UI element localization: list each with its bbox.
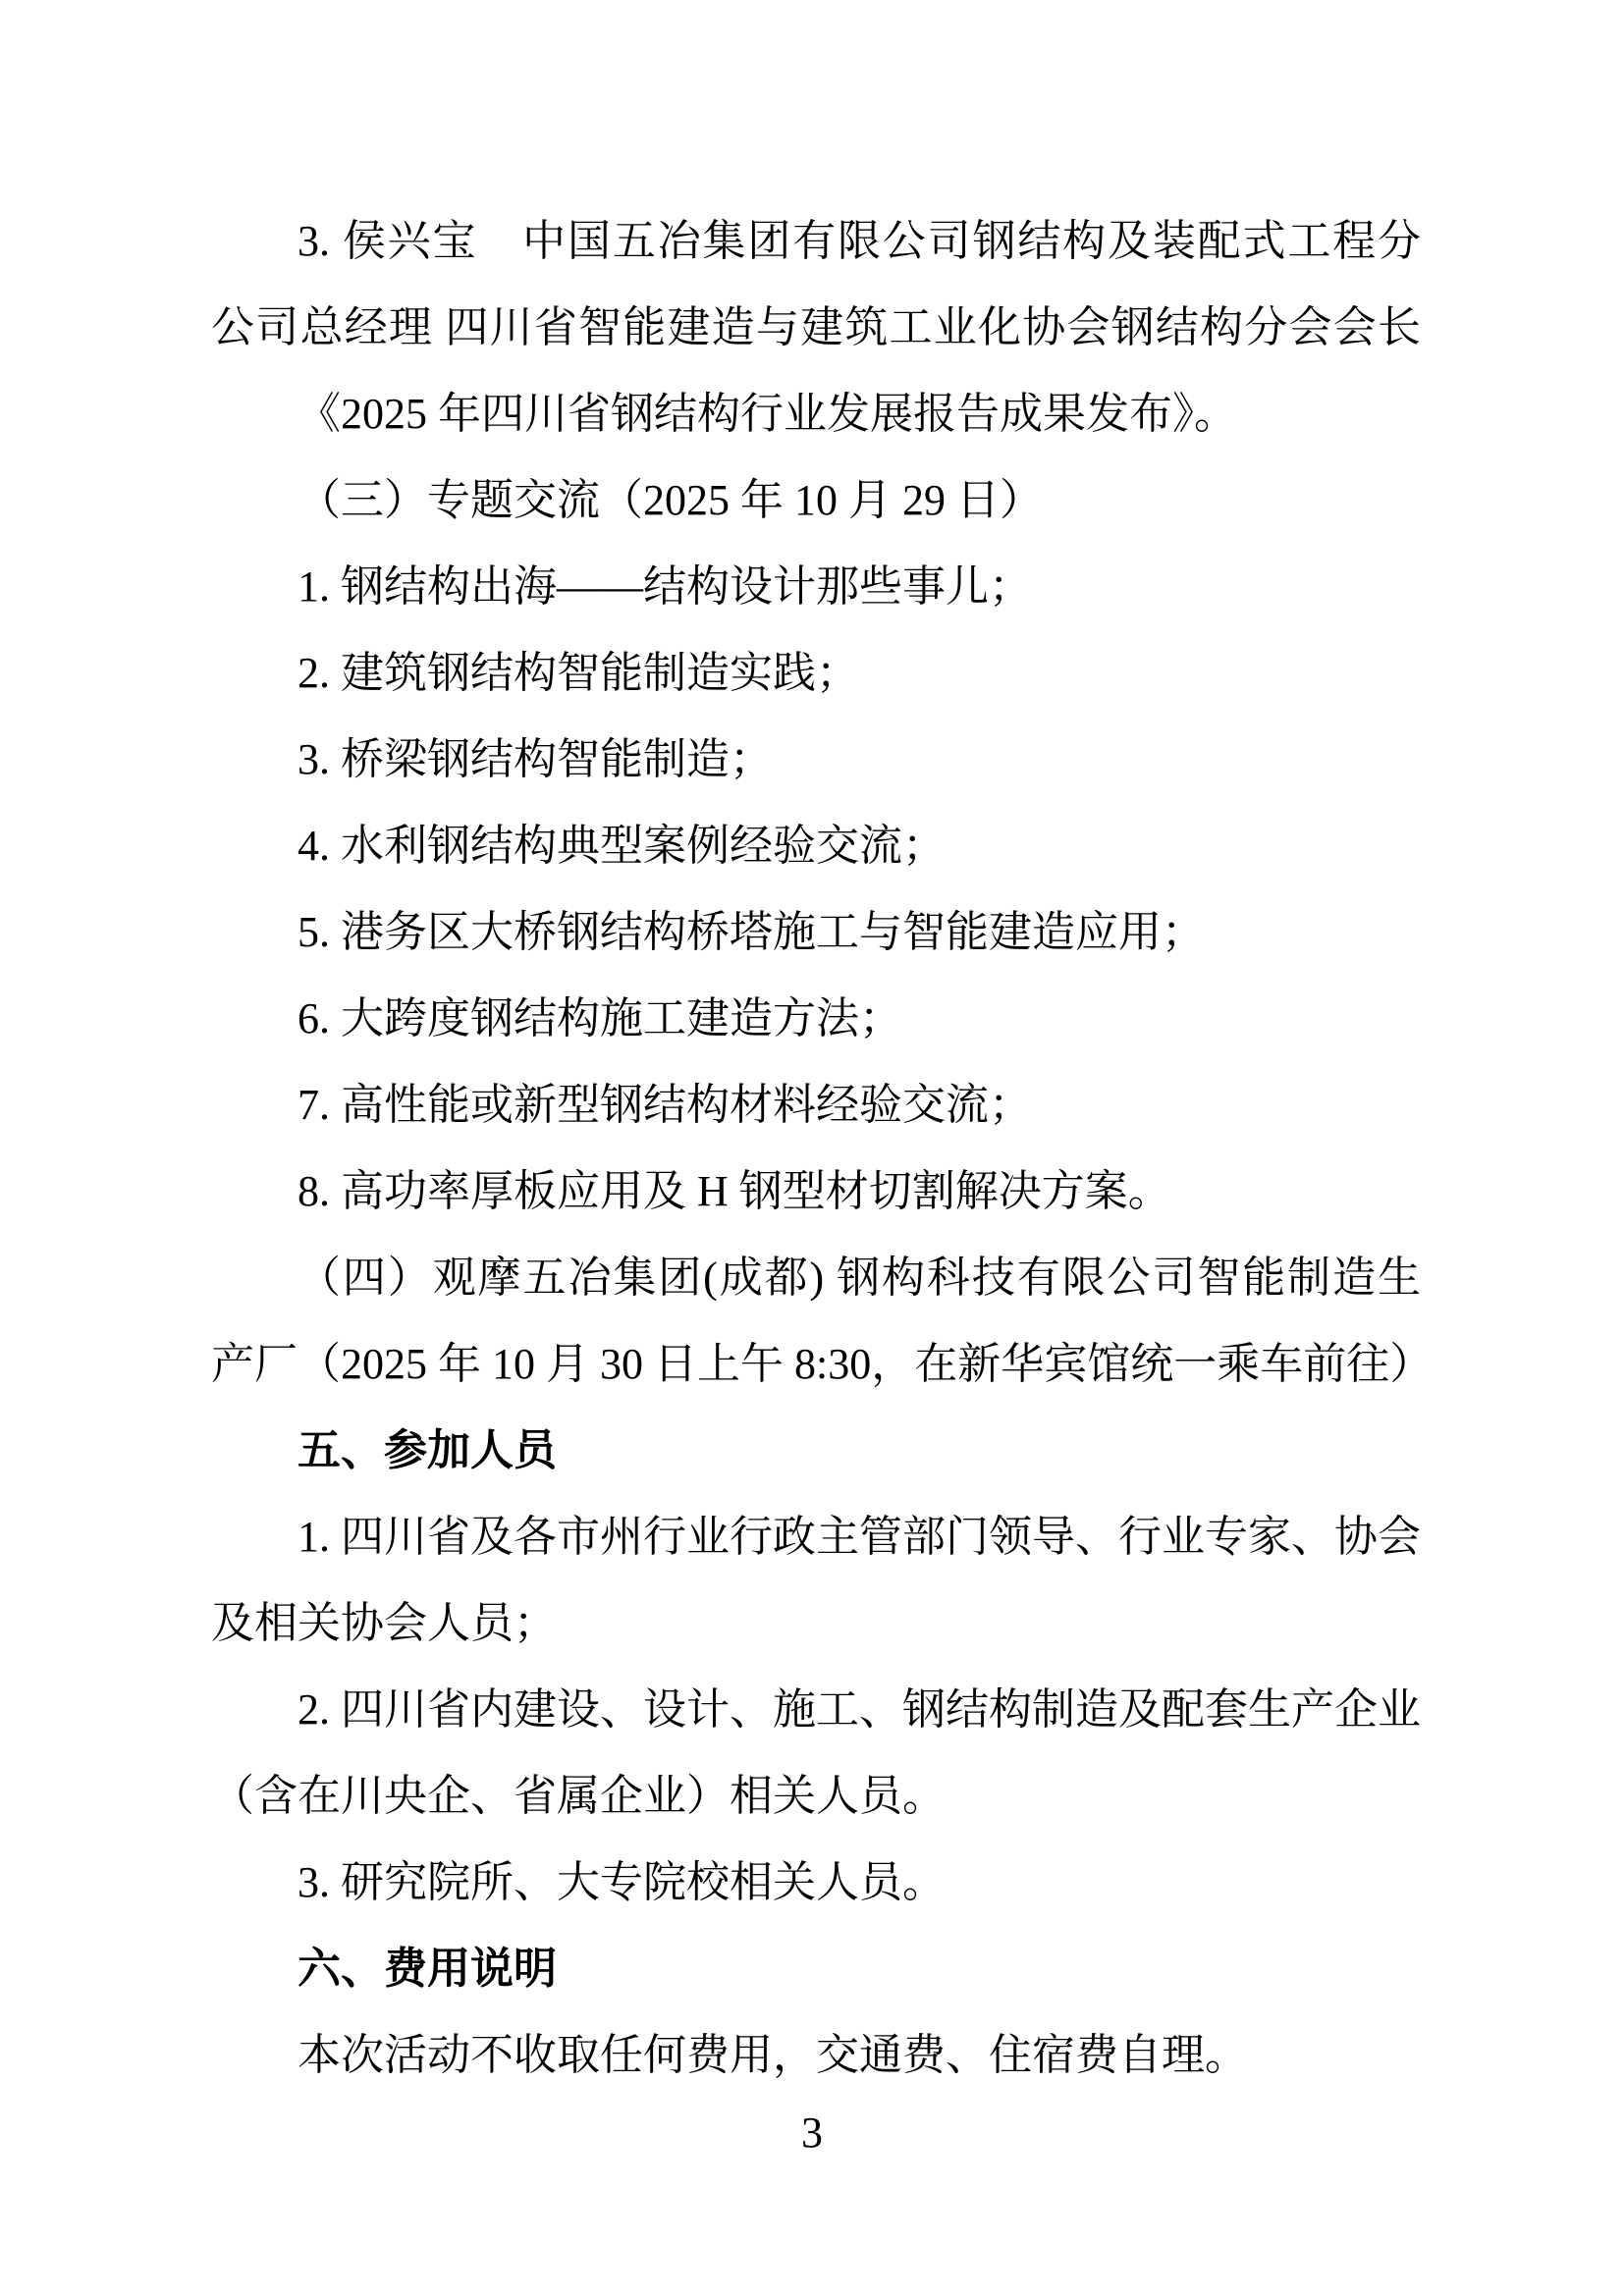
text-line: 2. 建筑钢结构智能制造实践；: [211, 630, 1421, 717]
text-line: 2. 四川省内建设、设计、施工、钢结构制造及配套生产企业: [211, 1667, 1421, 1753]
text-line: 1. 四川省及各市州行业行政主管部门领导、行业专家、协会: [211, 1494, 1421, 1580]
text-line: 及相关协会人员；: [211, 1580, 1421, 1667]
text-line: 3. 研究院所、大专院校相关人员。: [211, 1840, 1421, 1926]
text-line: 5. 港务区大桥钢结构桥塔施工与智能建造应用；: [211, 889, 1421, 976]
text-line: 《2025 年四川省钢结构行业发展报告成果发布》。: [211, 371, 1421, 457]
text-line: 6. 大跨度钢结构施工建造方法；: [211, 976, 1421, 1062]
text-line: 3. 侯兴宝 中国五冶集团有限公司钢结构及装配式工程分: [211, 198, 1421, 285]
section-heading: 五、参加人员: [211, 1408, 1421, 1494]
text-line: 公司总经理 四川省智能建造与建筑工业化协会钢结构分会会长: [211, 285, 1421, 371]
text-line: 7. 高性能或新型钢结构材料经验交流；: [211, 1062, 1421, 1148]
text-line: （含在川央企、省属企业）相关人员。: [211, 1753, 1421, 1840]
text-line: 8. 高功率厚板应用及 H 钢型材切割解决方案。: [211, 1148, 1421, 1235]
page-number: 3: [0, 2099, 1624, 2167]
section-heading: 六、费用说明: [211, 1926, 1421, 2012]
text-line: 本次活动不收取任何费用，交通费、住宿费自理。: [211, 2012, 1421, 2099]
text-line: 产厂（2025 年 10 月 30 日上午 8:30，在新华宾馆统一乘车前往）: [211, 1321, 1421, 1408]
text-line: （三）专题交流（2025 年 10 月 29 日）: [211, 457, 1421, 544]
page-body: 3. 侯兴宝 中国五冶集团有限公司钢结构及装配式工程分公司总经理 四川省智能建造…: [211, 198, 1421, 2099]
text-line: 1. 钢结构出海——结构设计那些事儿；: [211, 544, 1421, 630]
text-line: 4. 水利钢结构典型案例经验交流；: [211, 803, 1421, 889]
text-line: （四）观摩五冶集团(成都) 钢构科技有限公司智能制造生: [211, 1235, 1421, 1321]
document-page: 3. 侯兴宝 中国五冶集团有限公司钢结构及装配式工程分公司总经理 四川省智能建造…: [0, 0, 1624, 2296]
text-line: 3. 桥梁钢结构智能制造；: [211, 717, 1421, 803]
